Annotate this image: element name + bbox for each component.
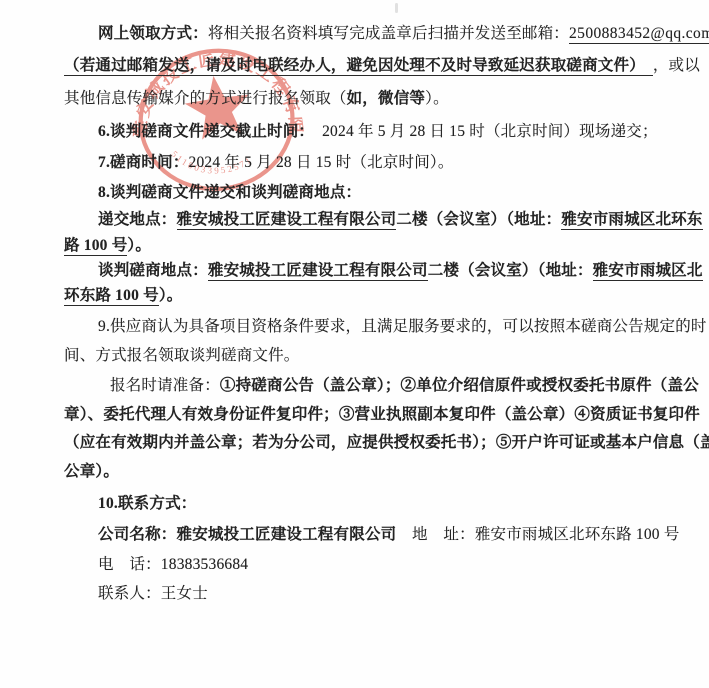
line-contact-person: 联系人：王女士 [64, 584, 709, 604]
line-negotiation-location: 谈判磋商地点：雅安城投工匠建设工程有限公司二楼（会议室）（地址：雅安市雨城区北 [64, 261, 709, 281]
address-part2: 路 100 号 [64, 237, 127, 256]
prepare-items-1: ①持磋商公告（盖公章）；②单位介绍信原件或授权委托书原件（盖公 [220, 377, 699, 394]
line-item9-supplier: 9.供应商认为具备项目资格条件要求，且满足服务要求的，可以按照本磋商公告规定的时 [64, 317, 709, 337]
line-item10-contact-heading: 10.联系方式： [64, 494, 709, 514]
item6-value: 2024 年 5 月 28 日 15 时（北京时间）现场递交； [306, 123, 657, 140]
line-other-media: 其他信息传输媒介的方式进行报名领取（如，微信等）。 [64, 89, 686, 109]
close-paren: ）。 [425, 90, 449, 107]
line-prepare-cont1: 章）、委托代理人有效身份证件复印件；③营业执照副本复印件（盖公章）④资质证书复印… [64, 405, 686, 425]
item7-label: 7.磋商时间： [98, 154, 189, 171]
address-part1: 雅安市雨城区北 [593, 262, 703, 281]
item7-value: 2024 年 5 月 28 日 15 时（北京时间）。 [189, 154, 454, 171]
submit-location-label: 递交地点： [98, 211, 177, 228]
line-prepare-cont2: （应在有效期内并盖公章；若为分公司，应提供授权委托书）；⑤开户许可证或基本户信息… [64, 433, 686, 453]
prepare-label: 报名时请准备： [110, 377, 220, 394]
company-name: 雅安城投工匠建设工程有限公司 [208, 262, 428, 281]
item8-label: 8.谈判磋商文件递交和谈判磋商地点： [98, 184, 361, 201]
company-name-label: 公司名称：雅安城投工匠建设工程有限公司 [98, 526, 396, 543]
line-online-pickup-method: 网上领取方式：将相关报名资料填写完成盖章后扫描并发送至邮箱：2500883452… [64, 24, 709, 44]
phone-number: 电 话：18383536684 [98, 556, 248, 573]
or-text: ，或以 [653, 57, 700, 74]
wechat-note: 如，微信等 [347, 90, 426, 107]
online-method-text: 将相关报名资料填写完成盖章后扫描并发送至邮箱： [208, 25, 569, 42]
line-item8-location-heading: 8.谈判磋商文件递交和谈判磋商地点： [64, 183, 709, 203]
close-paren-period: ）。 [159, 287, 183, 304]
line-submit-location-cont: 路 100 号）。 [64, 236, 686, 256]
line-company-name-address: 公司名称：雅安城投工匠建设工程有限公司 地 址：雅安市雨城区北环东路 100 号 [64, 525, 709, 545]
prepare-items-2: 章）、委托代理人有效身份证件复印件；③营业执照副本复印件（盖公章）④资质证书复印… [64, 406, 700, 423]
line-item9-cont: 间、方式报名领取谈判磋商文件。 [64, 346, 686, 366]
floor-room-text: 二楼（会议室）（地址： [428, 262, 593, 279]
email-warning-text: （若通过邮箱发送，请及时电联经办人，避免因处理不及时导致延迟获取磋商文件） [64, 57, 653, 76]
line-prepare-cont3: 公章）。 [64, 462, 686, 482]
line-item6-deadline: 6.谈判磋商文件递交截止时间： 2024 年 5 月 28 日 15 时（北京时… [64, 122, 709, 142]
company-name: 雅安城投工匠建设工程有限公司 [177, 211, 397, 230]
document-page: 雅安城投工匠建设工程有限公司 5118033952571 网上领取方式：将相关报… [0, 0, 709, 688]
line-negotiation-location-cont: 环东路 100 号）。 [64, 286, 686, 306]
line-registration-prepare: 报名时请准备：①持磋商公告（盖公章）；②单位介绍信原件或授权委托书原件（盖公 [64, 376, 709, 396]
prepare-items-3: （应在有效期内并盖公章；若为分公司，应提供授权委托书）；⑤开户许可证或基本户信息… [64, 434, 709, 451]
scan-artifact [395, 3, 398, 13]
address-part1: 雅安市雨城区北环东 [561, 211, 702, 230]
item9-text-cont: 间、方式报名领取谈判磋商文件。 [64, 347, 300, 364]
line-item7-time: 7.磋商时间：2024 年 5 月 28 日 15 时（北京时间）。 [64, 153, 709, 173]
label-online-method: 网上领取方式： [98, 25, 208, 42]
floor-room-text: 二楼（会议室）（地址： [396, 211, 561, 228]
contact-person: 联系人：王女士 [98, 585, 208, 602]
line-submit-location: 递交地点：雅安城投工匠建设工程有限公司二楼（会议室）（地址：雅安市雨城区北环东 [64, 210, 709, 230]
other-media-text: 其他信息传输媒介的方式进行报名领取（ [64, 90, 347, 107]
item9-text: 9.供应商认为具备项目资格条件要求，且满足服务要求的，可以按照本磋商公告规定的时 [98, 318, 707, 335]
close-paren-period: ）。 [127, 237, 151, 254]
negotiation-location-label: 谈判磋商地点： [98, 262, 208, 279]
company-address: 地 址：雅安市雨城区北环东路 100 号 [396, 526, 679, 543]
item10-label: 10.联系方式： [98, 495, 196, 512]
item6-label: 6.谈判磋商文件递交截止时间： [98, 123, 306, 140]
line-email-warning: （若通过邮箱发送，请及时电联经办人，避免因处理不及时导致延迟获取磋商文件） ，或… [64, 56, 686, 76]
email-address: 2500883452@qq.com [569, 25, 709, 44]
prepare-items-4: 公章）。 [64, 463, 119, 480]
address-part2: 环东路 100 号 [64, 287, 159, 306]
line-phone: 电 话：18383536684 [64, 555, 709, 575]
